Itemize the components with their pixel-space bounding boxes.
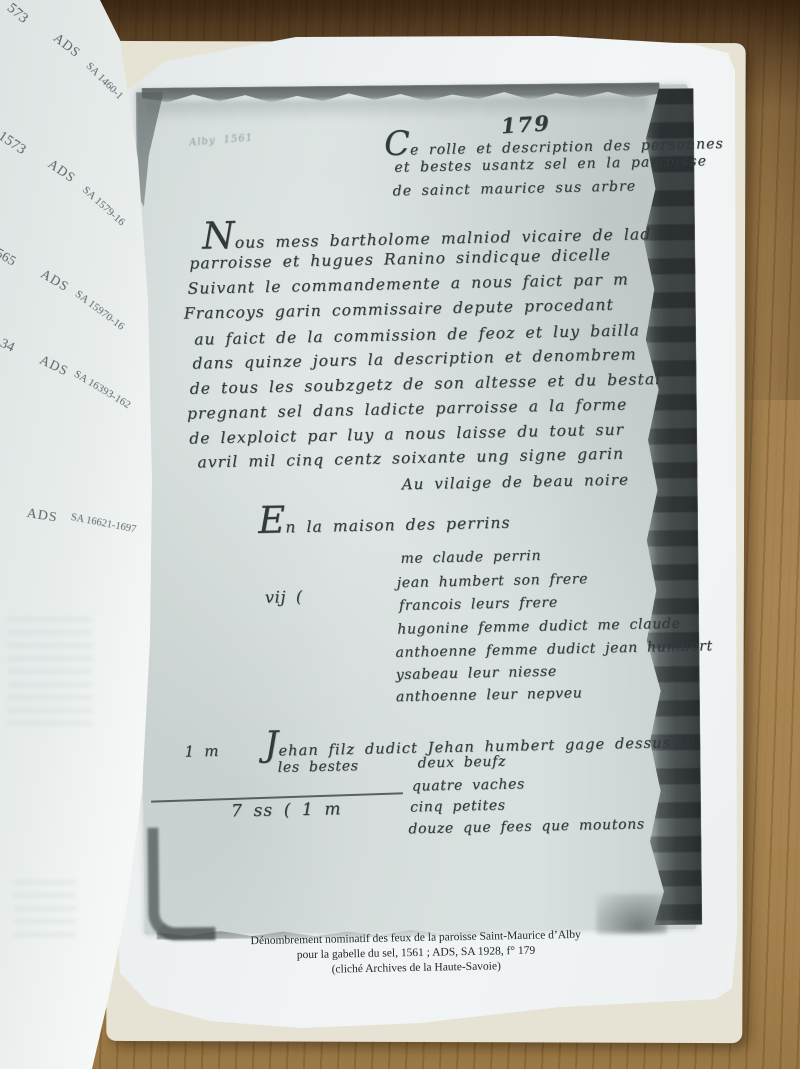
show-through-smudge bbox=[14, 878, 76, 936]
manuscript-line: au faict de la commission de feoz et luy… bbox=[194, 321, 640, 348]
manuscript-line: Suivant le commandemente a nous faict pa… bbox=[187, 270, 629, 297]
margin-tally-note: vij ( bbox=[265, 587, 303, 607]
shelfmark-ads: ADS bbox=[37, 352, 71, 380]
show-through-smudge bbox=[8, 610, 92, 725]
manuscript-line: de sainct maurice sus arbre bbox=[393, 178, 637, 199]
shelfmark-ads: ADS bbox=[25, 506, 58, 527]
manuscript-photo: Alby 1561 179 Ce rolle et description de… bbox=[136, 84, 697, 935]
manuscript-line: avril mil cinq centz soixante ung signe … bbox=[197, 445, 624, 472]
manuscript-line: pregnant sel dans ladicte parroisse a la… bbox=[187, 395, 628, 422]
shelfmark-ads: ADS bbox=[50, 30, 84, 61]
book-page: Alby 1561 179 Ce rolle et description de… bbox=[100, 33, 740, 1033]
margin-sum-note: 7 ss ( 1 m bbox=[231, 799, 342, 821]
manuscript-top-shading bbox=[146, 97, 648, 124]
manuscript-line: cinq petites bbox=[410, 798, 506, 816]
shelfmark-sa: SA 15970-16 bbox=[73, 288, 127, 333]
manuscript-line: me claude perrin bbox=[400, 548, 541, 567]
shelfmark-number: 565 bbox=[0, 246, 18, 270]
manuscript-line: douze que fees que moutons bbox=[408, 816, 645, 837]
manuscript-line: hugonine femme dudict me claude bbox=[397, 616, 681, 638]
manuscript-line: les bestes bbox=[278, 758, 359, 776]
manuscript-line: francois leurs frere bbox=[399, 595, 558, 614]
manuscript-binding-edge bbox=[638, 88, 703, 925]
manuscript-line: anthoenne leur nepveu bbox=[396, 685, 583, 705]
manuscript-line: quatre vaches bbox=[412, 776, 525, 794]
shelfmark-sa: SA 16621-1697 bbox=[70, 512, 137, 535]
manuscript-line: de lexploict par luy a nous laisse du to… bbox=[189, 421, 624, 448]
manuscript-line: de tous les soubzgetz de son altesse et … bbox=[190, 370, 662, 398]
manuscript-line-household-heading: En la maison des perrins bbox=[258, 504, 511, 537]
archivist-annotation: Alby 1561 bbox=[189, 132, 254, 148]
manuscript-line: ysabeau leur niesse bbox=[396, 664, 557, 683]
book-on-table-photo: Alby 1561 179 Ce rolle et description de… bbox=[0, 0, 800, 1069]
shelfmark-number: 34 bbox=[0, 336, 17, 356]
shelfmark-number: 1573 bbox=[0, 128, 29, 159]
manuscript-line: Francoys garin commissaire depute proced… bbox=[184, 296, 614, 323]
shelfmark-sa: SA 16393-162 bbox=[72, 368, 133, 411]
manuscript-line: deux beufz bbox=[417, 754, 506, 772]
shelfmark-ads: ADS bbox=[45, 156, 79, 186]
manuscript-line: jean humbert son frere bbox=[397, 571, 589, 591]
shelfmark-ads: ADS bbox=[38, 266, 72, 295]
manuscript-line-village-heading: Au vilaige de beau noire bbox=[402, 471, 630, 494]
shelfmark-sa: SA 1460-1 bbox=[84, 60, 126, 102]
manuscript-line: dans quinze jours la description et deno… bbox=[192, 345, 637, 372]
shelfmark-sa: SA 1579-16 bbox=[80, 184, 127, 228]
shelfmark-fragment: 573 bbox=[3, 0, 31, 27]
margin-unit-note: 1 m bbox=[184, 742, 219, 761]
manuscript-bottom-left-corner bbox=[147, 827, 215, 941]
